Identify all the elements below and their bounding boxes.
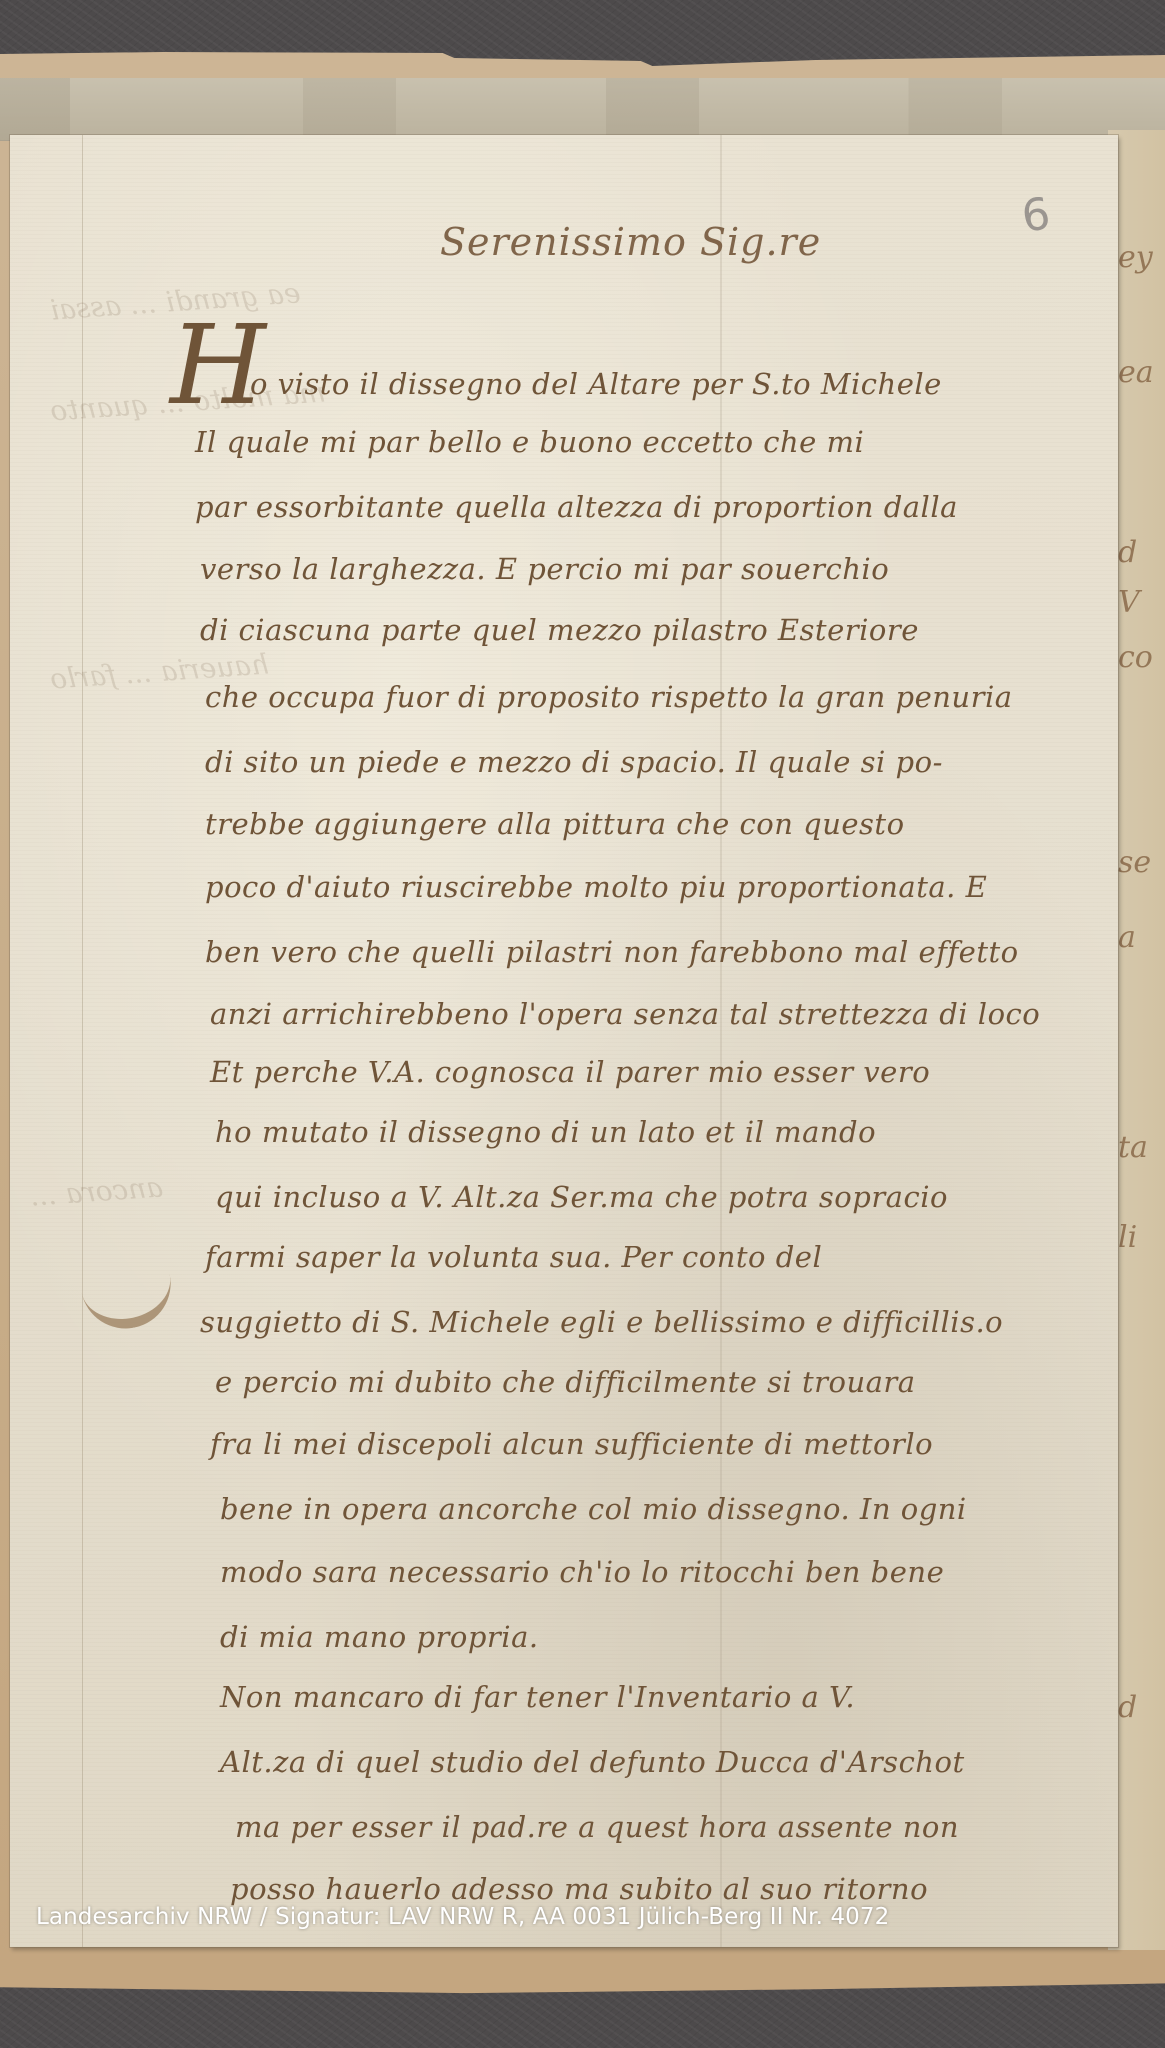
second-page-fragment: d [1118, 535, 1137, 570]
second-page-fragment: co [1118, 640, 1153, 675]
text-line: Il quale mi par bello e buono eccetto ch… [195, 425, 1095, 459]
text-line: bene in opera ancorche col mio dissegno.… [220, 1492, 1120, 1526]
second-page-fragment: ta [1118, 1130, 1148, 1165]
text-line: di sito un piede e mezzo di spacio. Il q… [205, 745, 1105, 779]
text-line: e percio mi dubito che difficilmente si … [215, 1365, 1115, 1399]
text-line: farmi saper la volunta sua. Per conto de… [205, 1240, 1105, 1274]
ink-flourish-mark [81, 1271, 179, 1337]
text-line: modo sara necessario ch'io lo ritocchi b… [220, 1555, 1120, 1589]
text-line: ma per esser il pad.re a quest hora asse… [235, 1810, 1135, 1844]
text-line: di ciascuna parte quel mezzo pilastro Es… [200, 613, 1100, 647]
folio-number: 6 [1019, 188, 1054, 242]
second-page-fragment: li [1118, 1220, 1137, 1255]
text-line: Alt.za di quel studio del defunto Ducca … [220, 1745, 1120, 1779]
second-page-fragment: a [1118, 920, 1136, 955]
text-line: fra li mei discepoli alcun sufficiente d… [210, 1427, 1110, 1461]
text-line: anzi arrichirebbeno l'opera senza tal st… [210, 997, 1110, 1031]
archive-caption: Landesarchiv NRW / Signatur: LAV NRW R, … [36, 1904, 889, 1930]
letter-salutation: Serenissimo Sig.re [440, 220, 821, 264]
text-line: par essorbitante quella altezza di propo… [195, 490, 1095, 524]
text-line: o visto il dissegno del Altare per S.to … [250, 367, 1150, 401]
text-line: ben vero che quelli pilastri non farebbo… [205, 935, 1105, 969]
text-line: Et perche V.A. cognosca il parer mio ess… [210, 1055, 1110, 1089]
text-line: che occupa fuor di proposito rispetto la… [205, 680, 1105, 714]
second-page-fragment: se [1118, 845, 1151, 880]
repair-tissue-strip [0, 78, 1165, 141]
bleed-through-text: ancora ... [29, 1170, 164, 1212]
center-fold-line [720, 135, 722, 1947]
second-page-fragment: V [1118, 585, 1140, 620]
manuscript-page: ea grandi ... assai ma molto ... quanto … [10, 135, 1118, 1947]
decorated-initial: H [170, 310, 266, 420]
text-line: trebbe aggiungere alla pittura che con q… [205, 807, 1105, 841]
text-line: posso hauerlo adesso ma subito al suo ri… [230, 1872, 1130, 1906]
text-line: qui incluso a V. Alt.za Ser.ma che potra… [215, 1180, 1115, 1214]
text-line: ho mutato il dissegno di un lato et il m… [215, 1115, 1115, 1149]
text-line: poco d'aiuto riuscirebbe molto piu propo… [205, 870, 1105, 904]
second-page-fragment: d [1118, 1690, 1137, 1725]
text-line: suggietto di S. Michele egli e bellissim… [200, 1305, 1100, 1339]
text-line: Non mancaro di far tener l'Inventario a … [220, 1680, 1120, 1714]
text-line: di mia mano propria. [220, 1620, 1120, 1654]
text-line: verso la larghezza. E percio mi par soue… [200, 552, 1100, 586]
second-page-fragment: ey [1118, 240, 1153, 275]
